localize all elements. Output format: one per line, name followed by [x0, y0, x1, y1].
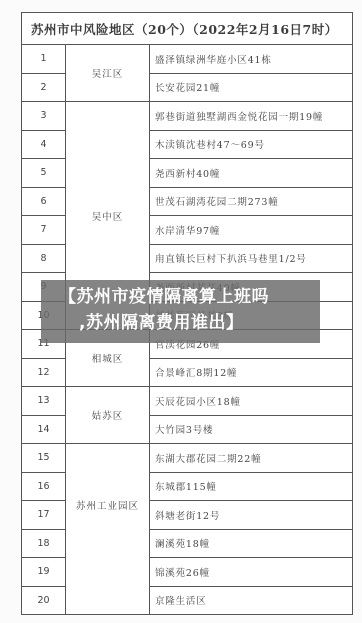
row-index: 18 — [22, 529, 66, 558]
table-row: 3 吴中区 郭巷街道独墅湖西金悦花园一期19幢 — [22, 102, 353, 131]
document-page: 苏州市中风险地区（20个）（2022年2月16日7时） 1 吴江区 盛泽镇绿洲华… — [0, 0, 362, 623]
row-index: 19 — [22, 558, 66, 587]
location-cell: 锦溪苑26幢 — [150, 558, 353, 587]
table-row: 1 吴江区 盛泽镇绿洲华庭小区41栋 — [22, 45, 353, 74]
location-cell: 水岸清华97幢 — [150, 216, 353, 245]
location-cell: 世茂石湖湾花园二期273幢 — [150, 187, 353, 216]
location-cell: 盛泽镇绿洲华庭小区41栋 — [150, 45, 353, 74]
banner-line-1: 【苏州市疫情隔离算上班吗 — [59, 284, 312, 310]
location-cell: 合景峰汇8期12幢 — [150, 358, 353, 387]
row-index: 15 — [22, 444, 66, 473]
location-cell: 澜溪苑18幢 — [150, 529, 353, 558]
location-cell: 京隆生活区 — [150, 586, 353, 615]
location-cell: 木渎镇沈巷村47～69号 — [150, 130, 353, 159]
row-index: 20 — [22, 586, 66, 615]
table-row: 13 姑苏区 天辰花园小区18幢 — [22, 387, 353, 416]
row-index: 12 — [22, 358, 66, 387]
row-index: 1 — [22, 45, 66, 74]
row-index: 5 — [22, 159, 66, 188]
location-cell: 斜塘老街12号 — [150, 501, 353, 530]
table-title-row: 苏州市中风险地区（20个）（2022年2月16日7时） — [22, 13, 353, 45]
location-cell: 天辰花园小区18幢 — [150, 387, 353, 416]
row-index: 13 — [22, 387, 66, 416]
district-cell: 姑苏区 — [66, 387, 150, 444]
row-index: 7 — [22, 216, 66, 245]
location-cell: 东湖大郡花园二期22幢 — [150, 444, 353, 473]
district-cell: 吴江区 — [66, 45, 150, 102]
row-index: 16 — [22, 472, 66, 501]
row-index: 6 — [22, 187, 66, 216]
document-title: 苏州市中风险地区（20个）（2022年2月16日7时） — [22, 13, 353, 45]
headline-banner: 【苏州市疫情隔离算上班吗 ,苏州隔离费用谁出】 — [41, 280, 320, 343]
row-index: 2 — [22, 73, 66, 102]
row-index: 17 — [22, 501, 66, 530]
table-row: 15 苏州工业园区 东湖大郡花园二期22幢 — [22, 444, 353, 473]
row-index: 14 — [22, 415, 66, 444]
location-cell: 尧西新村40幢 — [150, 159, 353, 188]
banner-line-2: ,苏州隔离费用谁出】 — [59, 310, 312, 336]
district-cell: 苏州工业园区 — [66, 444, 150, 615]
row-index: 8 — [22, 244, 66, 273]
row-index: 4 — [22, 130, 66, 159]
location-cell: 甪直镇长巨村下扒浜马巷里1/2号 — [150, 244, 353, 273]
location-cell: 大竹园3号楼 — [150, 415, 353, 444]
location-cell: 长安花园21幢 — [150, 73, 353, 102]
location-cell: 郭巷街道独墅湖西金悦花园一期19幢 — [150, 102, 353, 131]
location-cell: 东城郡115幢 — [150, 472, 353, 501]
row-index: 3 — [22, 102, 66, 131]
